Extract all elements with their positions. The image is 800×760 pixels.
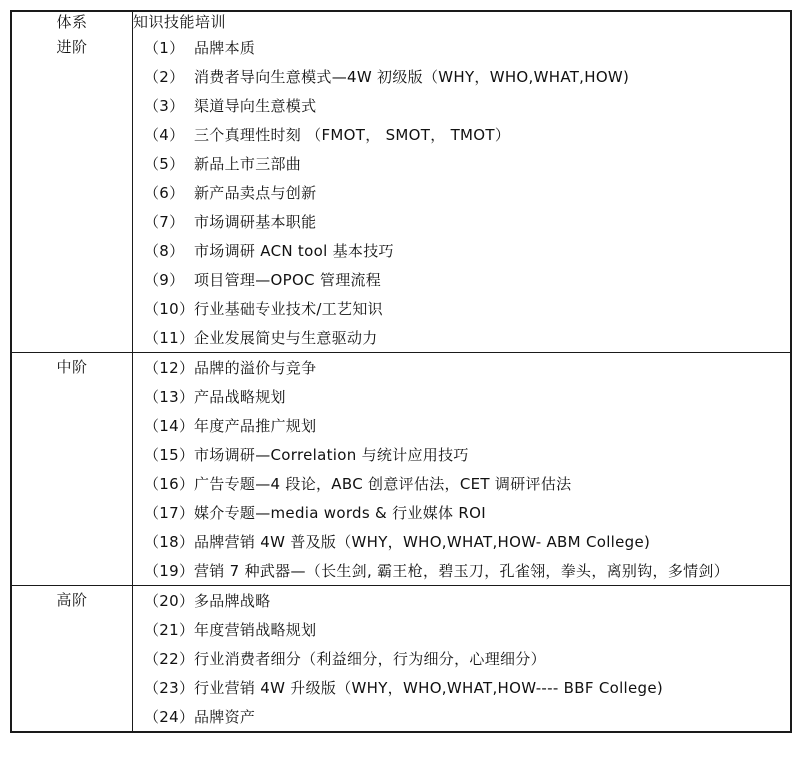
- table-row: 进阶（1）品牌本质（2）消费者导向生意模式—4W 初级版（WHY，WHO,WHA…: [12, 33, 790, 352]
- list-item: （10）行业基础专业技术/工艺知识: [133, 294, 790, 323]
- list-item: （9）项目管理—OPOC 管理流程: [133, 265, 790, 294]
- item-number: （23）: [144, 677, 194, 698]
- list-item: （3）渠道导向生意模式: [133, 91, 790, 120]
- item-text: 企业发展简史与生意驱动力: [194, 327, 378, 348]
- list-item: （2）消费者导向生意模式—4W 初级版（WHY，WHO,WHAT,HOW): [133, 62, 790, 91]
- item-text: 多品牌战略: [194, 590, 271, 611]
- list-item: （16）广告专题—4 段论，ABC 创意评估法，CET 调研评估法: [133, 469, 790, 498]
- item-text: 广告专题—4 段论，ABC 创意评估法，CET 调研评估法: [194, 473, 571, 494]
- item-number: （15）: [144, 444, 194, 465]
- section-items: （12）品牌的溢价与竞争（13）产品战略规划（14）年度产品推广规划（15）市场…: [133, 353, 790, 585]
- item-text: 消费者导向生意模式—4W 初级版（WHY，WHO,WHAT,HOW): [194, 66, 629, 87]
- item-number: （12）: [144, 357, 194, 378]
- list-item: （17）媒介专题—media words & 行业媒体 ROI: [133, 498, 790, 527]
- section-label: 高阶: [12, 586, 133, 731]
- item-text: 行业基础专业技术/工艺知识: [194, 298, 383, 319]
- list-item: （24）品牌资产: [133, 702, 790, 731]
- list-item: （19）营销 7 种武器—（长生剑, 霸王枪，碧玉刀，孔雀翎，拳头，离别钩，多情…: [133, 556, 790, 585]
- item-text: 品牌的溢价与竞争: [194, 357, 316, 378]
- list-item: （14）年度产品推广规划: [133, 411, 790, 440]
- item-number: （2）: [144, 66, 194, 87]
- list-item: （12）品牌的溢价与竞争: [133, 353, 790, 382]
- item-text: 行业营销 4W 升级版（WHY，WHO,WHAT,HOW---- BBF Col…: [194, 677, 663, 698]
- item-number: （8）: [144, 240, 194, 261]
- item-number: （17）: [144, 502, 194, 523]
- item-number: （19）: [144, 560, 194, 581]
- item-text: 行业消费者细分（利益细分，行为细分，心理细分）: [194, 648, 546, 669]
- item-number: （1）: [144, 37, 194, 58]
- item-text: 品牌营销 4W 普及版（WHY，WHO,WHAT,HOW- ABM Colleg…: [194, 531, 650, 552]
- item-number: （13）: [144, 386, 194, 407]
- item-number: （5）: [144, 153, 194, 174]
- item-text: 项目管理—OPOC 管理流程: [194, 269, 381, 290]
- item-text: 新品上市三部曲: [194, 153, 301, 174]
- item-number: （10）: [144, 298, 194, 319]
- list-item: （23）行业营销 4W 升级版（WHY，WHO,WHAT,HOW---- BBF…: [133, 673, 790, 702]
- item-number: （18）: [144, 531, 194, 552]
- item-text: 新产品卖点与创新: [194, 182, 316, 203]
- list-item: （4）三个真理性时刻 （FMOT， SMOT， TMOT）: [133, 120, 790, 149]
- table-header-row: 体系 知识技能培训: [12, 12, 790, 33]
- list-item: （18）品牌营销 4W 普及版（WHY，WHO,WHAT,HOW- ABM Co…: [133, 527, 790, 556]
- list-item: （22）行业消费者细分（利益细分，行为细分，心理细分）: [133, 644, 790, 673]
- item-number: （20）: [144, 590, 194, 611]
- item-text: 品牌本质: [194, 37, 255, 58]
- list-item: （6）新产品卖点与创新: [133, 178, 790, 207]
- item-text: 产品战略规划: [194, 386, 286, 407]
- item-text: 渠道导向生意模式: [194, 95, 316, 116]
- list-item: （15）市场调研—Correlation 与统计应用技巧: [133, 440, 790, 469]
- item-number: （24）: [144, 706, 194, 727]
- item-text: 营销 7 种武器—（长生剑, 霸王枪，碧玉刀，孔雀翎，拳头，离别钩，多情剑）: [194, 560, 729, 581]
- item-text: 市场调研 ACN tool 基本技巧: [194, 240, 394, 261]
- list-item: （5）新品上市三部曲: [133, 149, 790, 178]
- item-text: 年度产品推广规划: [194, 415, 316, 436]
- section-items: （1）品牌本质（2）消费者导向生意模式—4W 初级版（WHY，WHO,WHAT,…: [133, 33, 790, 352]
- table-row: 高阶（20）多品牌战略（21）年度营销战略规划（22）行业消费者细分（利益细分，…: [12, 585, 790, 731]
- item-text: 三个真理性时刻 （FMOT， SMOT， TMOT）: [194, 124, 510, 145]
- list-item: （7）市场调研基本职能: [133, 207, 790, 236]
- list-item: （11）企业发展简史与生意驱动力: [133, 323, 790, 352]
- item-number: （16）: [144, 473, 194, 494]
- section-items: （20）多品牌战略（21）年度营销战略规划（22）行业消费者细分（利益细分，行为…: [133, 586, 790, 731]
- item-text: 市场调研—Correlation 与统计应用技巧: [194, 444, 469, 465]
- item-number: （21）: [144, 619, 194, 640]
- header-cell-system: 体系: [12, 12, 133, 33]
- table-body: 进阶（1）品牌本质（2）消费者导向生意模式—4W 初级版（WHY，WHO,WHA…: [12, 33, 790, 731]
- list-item: （20）多品牌战略: [133, 586, 790, 615]
- section-label: 中阶: [12, 353, 133, 585]
- item-number: （9）: [144, 269, 194, 290]
- list-item: （13）产品战略规划: [133, 382, 790, 411]
- list-item: （1）品牌本质: [133, 33, 790, 62]
- item-text: 媒介专题—media words & 行业媒体 ROI: [194, 502, 486, 523]
- training-table: 体系 知识技能培训 进阶（1）品牌本质（2）消费者导向生意模式—4W 初级版（W…: [10, 10, 792, 733]
- item-number: （7）: [144, 211, 194, 232]
- item-number: （11）: [144, 327, 194, 348]
- list-item: （21）年度营销战略规划: [133, 615, 790, 644]
- section-label: 进阶: [12, 33, 133, 352]
- item-number: （14）: [144, 415, 194, 436]
- document-page: 体系 知识技能培训 进阶（1）品牌本质（2）消费者导向生意模式—4W 初级版（W…: [0, 0, 800, 760]
- item-text: 品牌资产: [194, 706, 255, 727]
- item-number: （4）: [144, 124, 194, 145]
- item-text: 年度营销战略规划: [194, 619, 316, 640]
- item-text: 市场调研基本职能: [194, 211, 316, 232]
- list-item: （8）市场调研 ACN tool 基本技巧: [133, 236, 790, 265]
- item-number: （22）: [144, 648, 194, 669]
- table-row: 中阶（12）品牌的溢价与竞争（13）产品战略规划（14）年度产品推广规划（15）…: [12, 352, 790, 585]
- header-cell-training: 知识技能培训: [133, 12, 790, 33]
- item-number: （6）: [144, 182, 194, 203]
- item-number: （3）: [144, 95, 194, 116]
